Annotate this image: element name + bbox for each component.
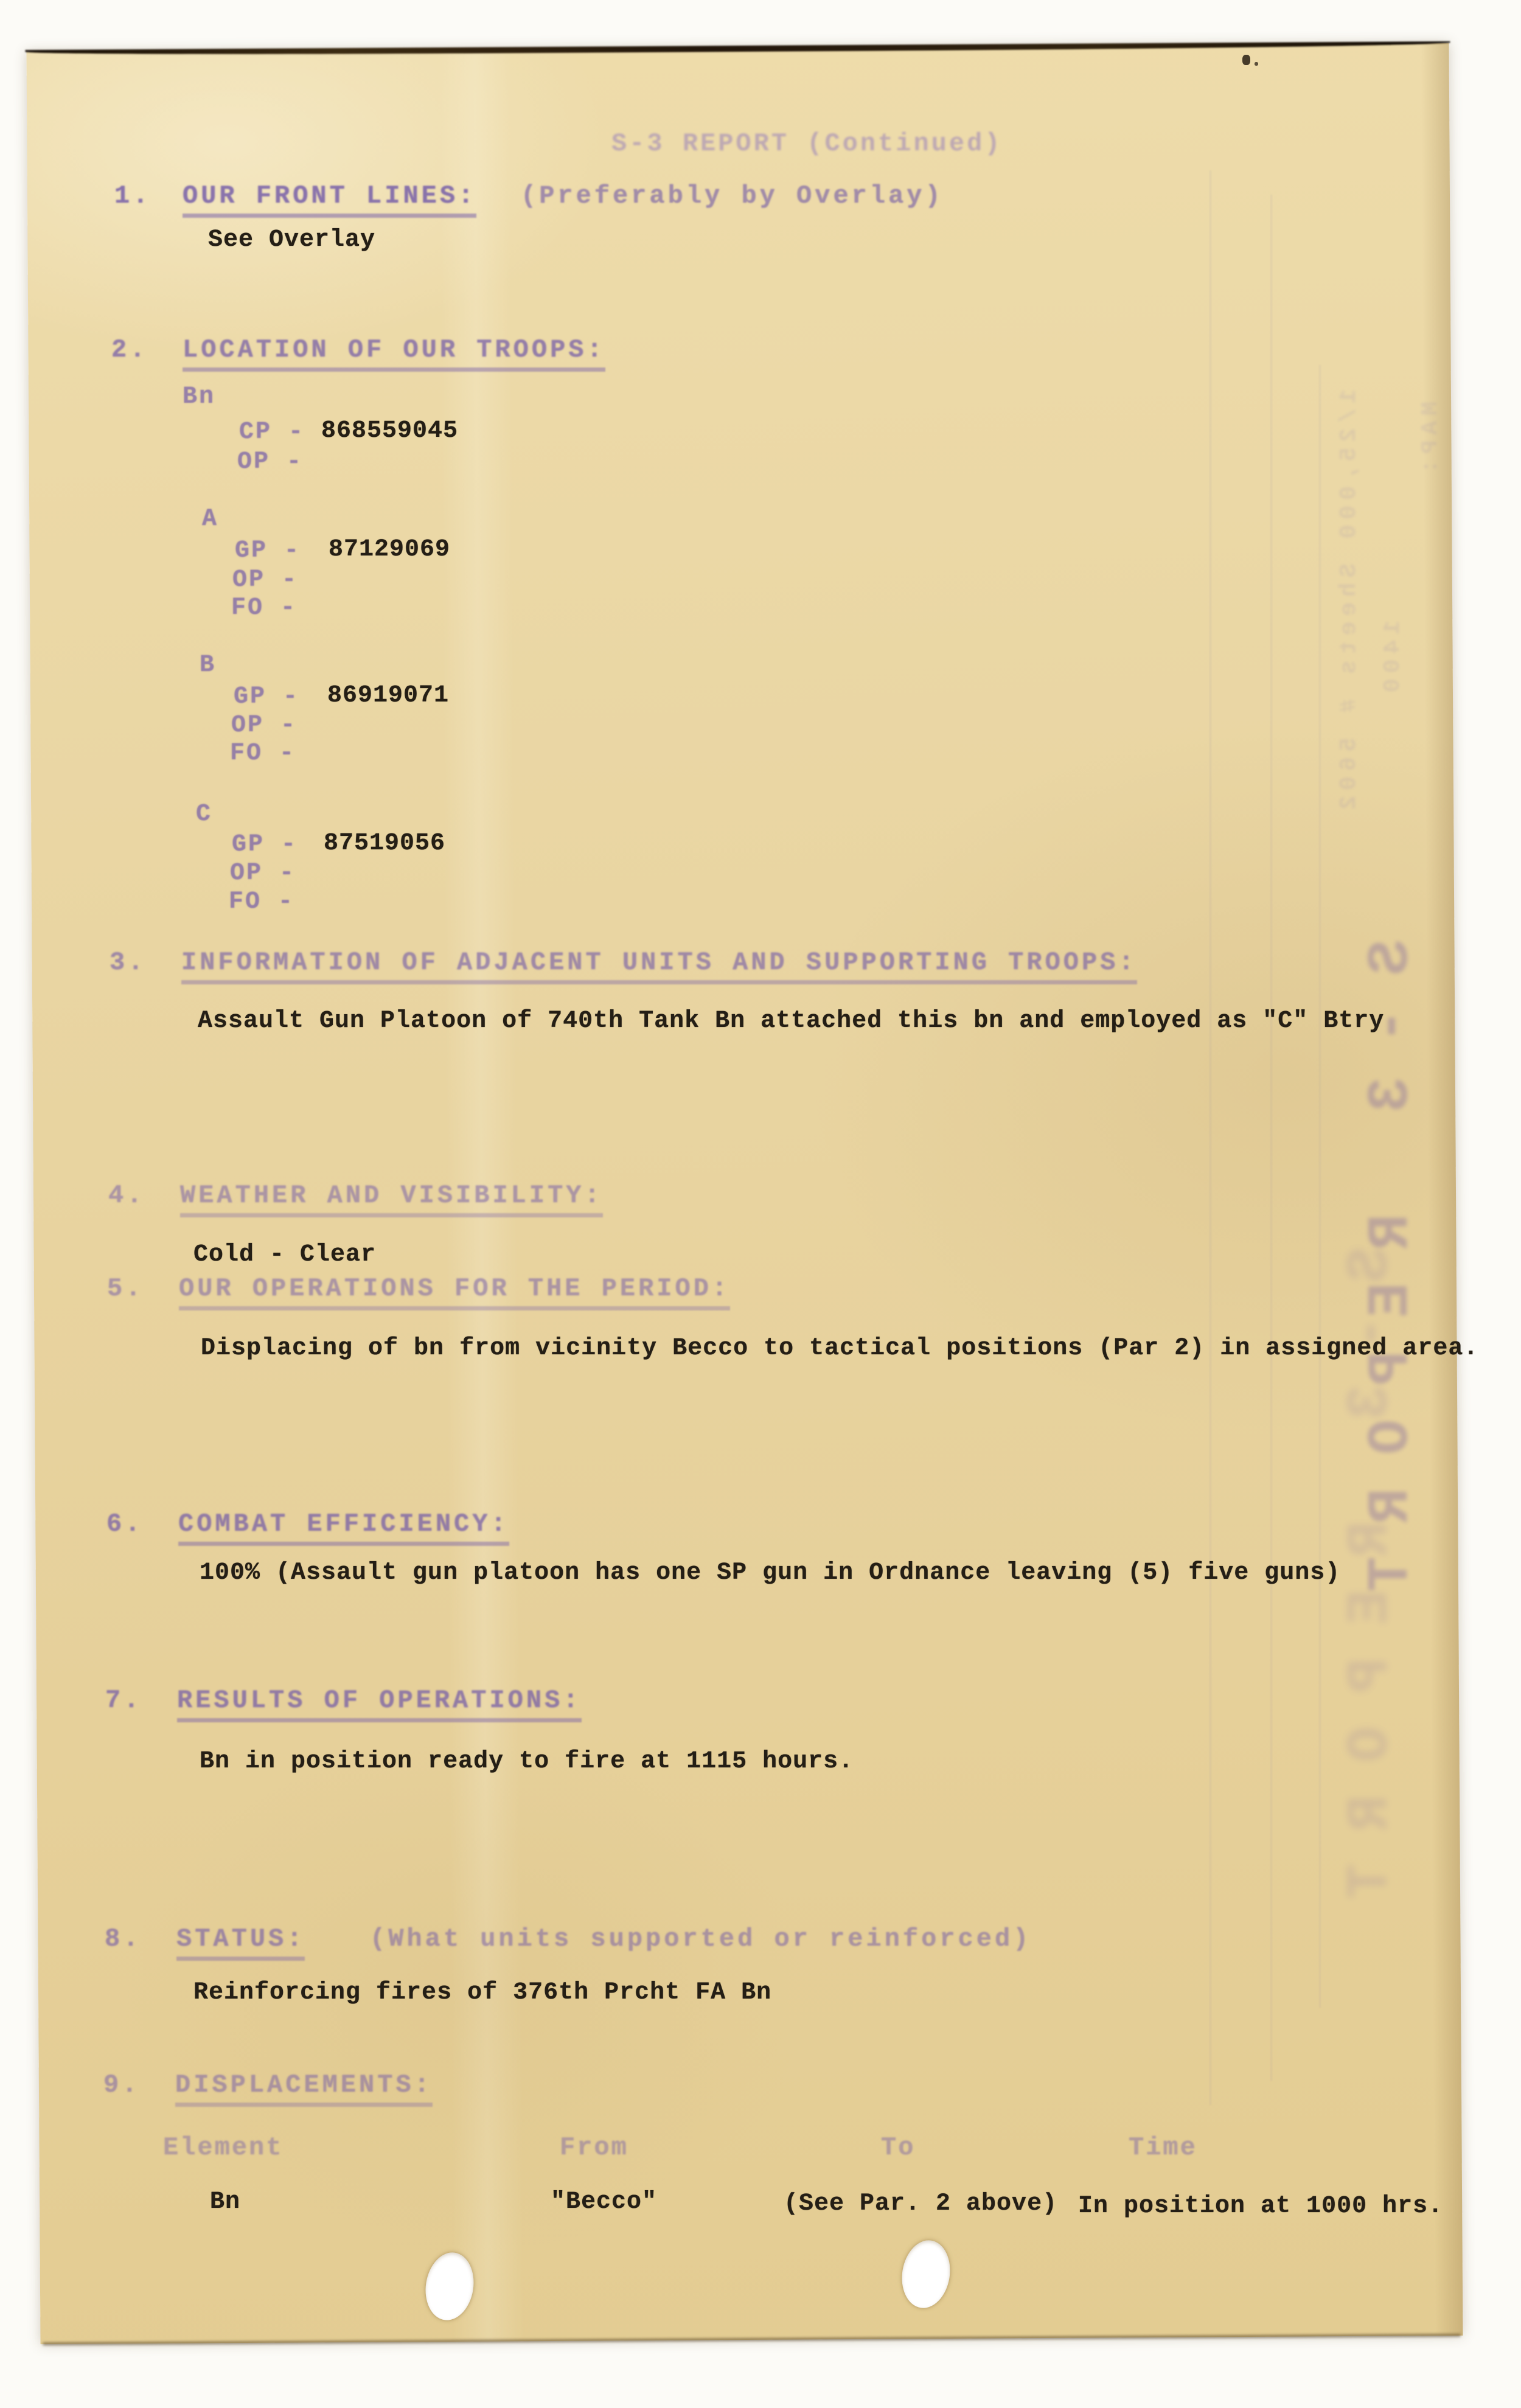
table-cell-from: "Becco" xyxy=(551,2188,657,2216)
location-group-label: C xyxy=(196,801,212,829)
section-6-body: 100% (Assault gun platoon has one SP gun… xyxy=(200,1559,1340,1587)
section-2-heading: LOCATION OF OUR TROOPS: xyxy=(183,335,605,372)
section-1-note: (Preferably by Overlay) xyxy=(521,181,944,211)
section-4-body: Cold - Clear xyxy=(193,1241,376,1269)
section-1-heading: OUR FRONT LINES: xyxy=(183,181,476,218)
section-6-heading: COMBAT EFFICIENCY: xyxy=(178,1509,509,1546)
location-coordinate: 86919071 xyxy=(327,682,449,710)
punch-hole-right xyxy=(897,2237,955,2312)
bleedthrough-text: 1/25,000 Sheets # 5602 xyxy=(1336,389,1362,815)
location-key: CP - xyxy=(239,419,305,447)
section-9-heading: DISPLACEMENTS: xyxy=(175,2070,433,2107)
location-coordinate: 87519056 xyxy=(324,830,445,858)
ink-speck xyxy=(1255,62,1258,66)
section-3-body: Assault Gun Platoon of 740th Tank Bn att… xyxy=(198,1007,1384,1035)
location-group-label: Bn xyxy=(183,383,215,411)
location-key: GP - xyxy=(235,537,301,565)
punch-hole-left xyxy=(421,2249,479,2324)
section-4-heading: WEATHER AND VISIBILITY: xyxy=(180,1181,603,1217)
location-key: FO - xyxy=(231,594,297,622)
ink-speck xyxy=(1242,55,1250,65)
location-coordinate: 87129069 xyxy=(329,536,450,564)
location-group-label: B xyxy=(200,652,216,680)
location-key: OP - xyxy=(231,712,297,740)
section-1-number: 1. xyxy=(114,181,151,211)
location-key: OP - xyxy=(230,860,296,888)
section-9-number: 9. xyxy=(103,2070,140,2100)
location-key: FO - xyxy=(230,740,296,768)
section-8-number: 8. xyxy=(105,1924,141,1954)
table-header-from: From xyxy=(560,2133,628,2162)
section-7-heading: RESULTS OF OPERATIONS: xyxy=(177,1686,582,1722)
table-cell-time: In position at 1000 hrs. xyxy=(1078,2193,1443,2221)
location-key: FO - xyxy=(229,888,294,916)
bleedthrough-text: 1400 xyxy=(1380,621,1406,698)
table-header-to: To xyxy=(881,2133,915,2162)
section-7-body: Bn in position ready to fire at 1115 hou… xyxy=(200,1748,854,1776)
section-1-body: See Overlay xyxy=(208,226,375,254)
location-group-label: A xyxy=(202,506,218,534)
section-3-heading: INFORMATION OF ADJACENT UNITS AND SUPPOR… xyxy=(181,948,1137,984)
section-4-number: 4. xyxy=(108,1181,145,1210)
location-key: OP - xyxy=(232,566,298,594)
table-cell-element: Bn xyxy=(210,2188,240,2216)
section-5-number: 5. xyxy=(107,1274,144,1303)
table-header-time: Time xyxy=(1129,2133,1197,2162)
section-5-heading: OUR OPERATIONS FOR THE PERIOD: xyxy=(179,1274,730,1310)
section-7-number: 7. xyxy=(105,1686,142,1715)
section-8-heading: STATUS: xyxy=(176,1924,305,1961)
location-coordinate: 868559045 xyxy=(321,417,458,445)
section-8-note: (What units supported or reinforced) xyxy=(370,1924,1031,1954)
document-content: 1/25,000 Sheets # 5602 1400 MAP: S-3 REP… xyxy=(0,0,1521,2408)
section-2-number: 2. xyxy=(111,335,148,364)
page-title: S-3 REPORT (Continued) xyxy=(611,129,1003,158)
location-key: GP - xyxy=(234,683,299,711)
section-8-body: Reinforcing fires of 376th Prcht FA Bn xyxy=(193,1979,771,2007)
bleedthrough-rule xyxy=(1209,170,1211,2105)
location-key: GP - xyxy=(232,831,298,859)
bleedthrough-rule xyxy=(1270,195,1272,2081)
bleedthrough-text: MAP: xyxy=(1418,402,1444,479)
table-header-element: Element xyxy=(163,2133,283,2162)
location-key: OP - xyxy=(237,448,303,476)
table-cell-to: (See Par. 2 above) xyxy=(784,2190,1057,2218)
bleedthrough-rule xyxy=(1319,365,1321,2008)
section-3-number: 3. xyxy=(110,948,146,977)
section-5-body: Displacing of bn from vicinity Becco to … xyxy=(201,1335,1478,1363)
section-6-number: 6. xyxy=(106,1509,143,1539)
